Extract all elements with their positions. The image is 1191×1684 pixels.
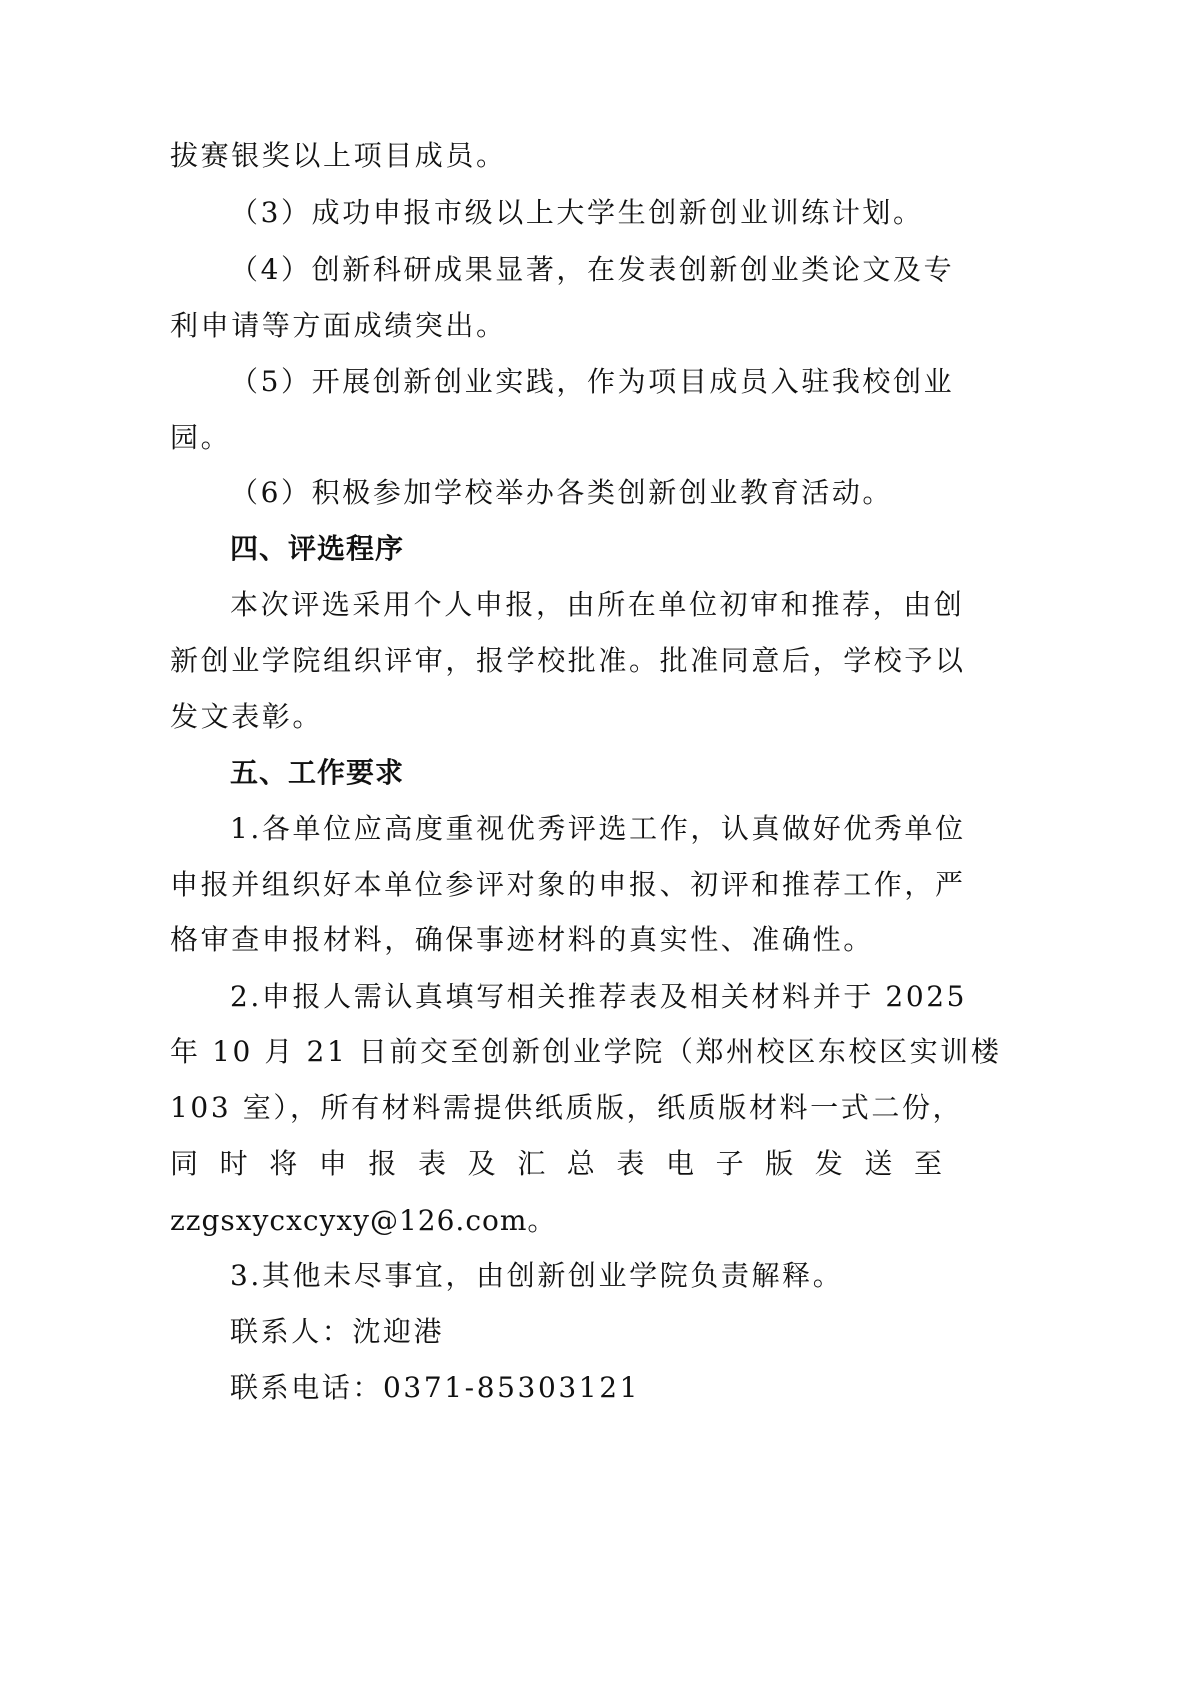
criteria-item-4: （4）创新科研成果显著，在发表创新创业类论文及专 [230,250,942,290]
requirement-1-line-1: 1.各单位应高度重视优秀评选工作，认真做好优秀单位 [230,809,942,849]
requirement-2-line-2: 年 10 月 21 日前交至创新创业学院（郑州校区东校区实训楼 [170,1032,942,1072]
submission-email[interactable]: zzgsxycxcyxy@126.com。 [170,1201,942,1241]
requirement-3: 3.其他未尽事宜，由创新创业学院负责解释。 [230,1256,942,1296]
document-page: 拔赛银奖以上项目成员。 （3）成功申报市级以上大学生创新创业训练计划。 （4）创… [0,0,1191,1684]
procedure-paragraph-line-2: 新创业学院组织评审，报学校批准。批准同意后，学校予以 [170,641,942,681]
criteria-2-continuation: 拔赛银奖以上项目成员。 [170,136,942,176]
procedure-paragraph-line-1: 本次评选采用个人申报，由所在单位初审和推荐，由创 [230,585,942,625]
contact-person: 联系人：沈迎港 [230,1312,942,1352]
requirement-1-line-3: 格审查申报材料，确保事迹材料的真实性、准确性。 [170,920,942,960]
requirement-2-line-3: 103 室），所有材料需提供纸质版，纸质版材料一式二份， [170,1088,942,1128]
procedure-paragraph-line-3: 发文表彰。 [170,697,942,737]
section-heading-selection-procedure: 四、评选程序 [230,529,942,569]
requirement-2-line-1: 2.申报人需认真填写相关推荐表及相关材料并于 2025 [230,977,942,1017]
contact-phone: 联系电话：0371-85303121 [230,1368,942,1408]
criteria-item-5: （5）开展创新创业实践，作为项目成员入驻我校创业 [230,362,942,402]
requirement-2-line-4: 同 时 将 申 报 表 及 汇 总 表 电 子 版 发 送 至 [170,1144,942,1184]
section-heading-work-requirements: 五、工作要求 [230,753,942,793]
criteria-item-6: （6）积极参加学校举办各类创新创业教育活动。 [230,473,942,513]
criteria-item-4-continuation: 利申请等方面成绩突出。 [170,306,942,346]
criteria-item-3: （3）成功申报市级以上大学生创新创业训练计划。 [230,193,942,233]
criteria-item-5-continuation: 园。 [170,418,942,458]
requirement-1-line-2: 申报并组织好本单位参评对象的申报、初评和推荐工作，严 [170,865,942,905]
